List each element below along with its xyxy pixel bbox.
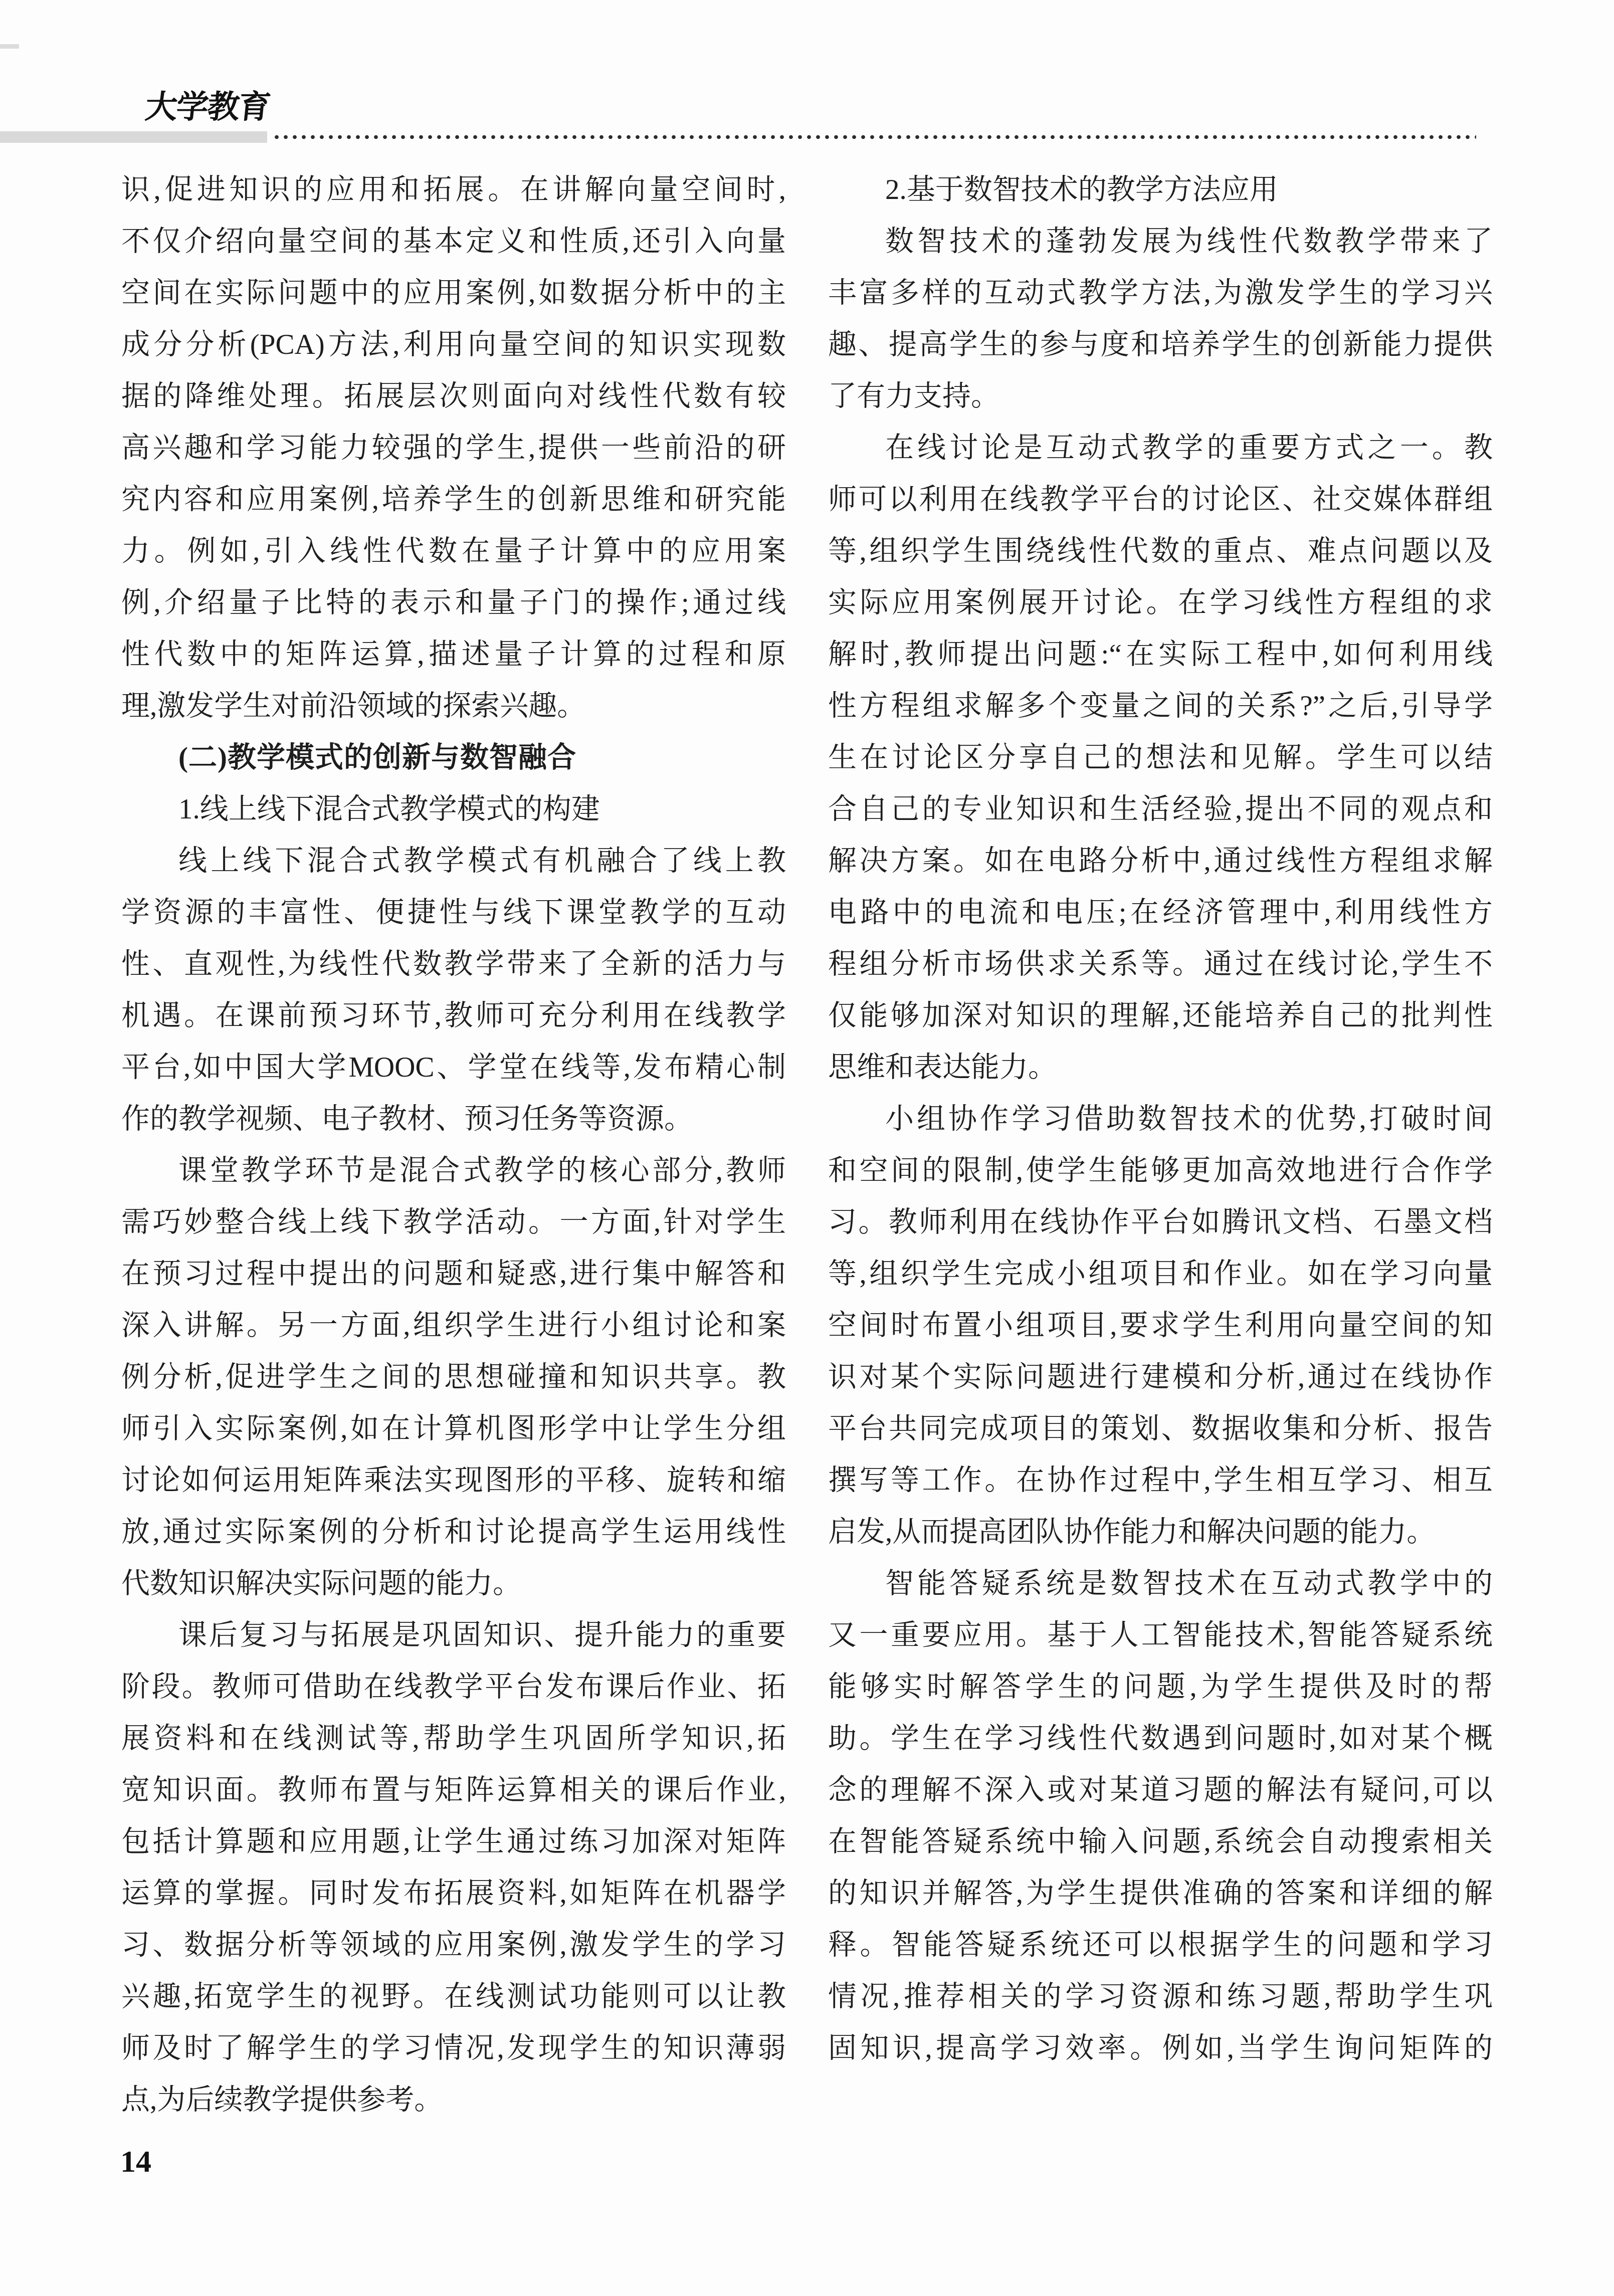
text-line: 识,促进知识的应用和拓展。在讲解向量空间时, <box>121 164 786 216</box>
text-line: 1.线上线下混合式教学模式的构建 <box>121 783 786 835</box>
header-dotted-rule <box>272 131 1476 143</box>
text-line: 在预习过程中提出的问题和疑惑,进行集中解答和 <box>121 1248 786 1300</box>
header-rule-bar <box>0 131 267 143</box>
text-line: 识对某个实际问题进行建模和分析,通过在线协作 <box>828 1351 1493 1403</box>
text-line: 电路中的电流和电压;在经济管理中,利用线性方 <box>828 887 1493 938</box>
text-line: 性代数中的矩阵运算,描述量子计算的过程和原 <box>121 629 786 680</box>
text-line: 平台共同完成项目的策划、数据收集和分析、报告 <box>828 1403 1493 1454</box>
journal-page: 大学教育 识,促进知识的应用和拓展。在讲解向量空间时,不仅介绍向量空间的基本定义… <box>0 0 1614 2296</box>
text-line: 思维和表达能力。 <box>828 1041 1493 1093</box>
text-line: 念的理解不深入或对某道习题的解法有疑问,可以 <box>828 1764 1493 1816</box>
text-line: 力。例如,引入线性代数在量子计算中的应用案 <box>121 525 786 577</box>
text-line: 兴趣,拓宽学生的视野。在线测试功能则可以让教 <box>121 1971 786 2022</box>
text-line: 合自己的专业知识和生活经验,提出不同的观点和 <box>828 783 1493 835</box>
text-line: 丰富多样的互动式教学方法,为激发学生的学习兴 <box>828 267 1493 319</box>
text-line: 解时,教师提出问题:“在实际工程中,如何利用线 <box>828 629 1493 680</box>
text-line: 作的教学视频、电子教材、预习任务等资源。 <box>121 1093 786 1145</box>
text-line: 2.基于数智技术的教学方法应用 <box>828 164 1493 216</box>
text-line: 包括计算题和应用题,让学生通过练习加深对矩阵 <box>121 1816 786 1867</box>
text-line: 例,介绍量子比特的表示和量子门的操作;通过线 <box>121 577 786 629</box>
text-line: 高兴趣和学习能力较强的学生,提供一些前沿的研 <box>121 422 786 474</box>
text-line: 学资源的丰富性、便捷性与线下课堂教学的互动 <box>121 887 786 938</box>
text-line: 点,为后续教学提供参考。 <box>121 2074 786 2126</box>
text-line: 仅能够加深对知识的理解,还能培养自己的批判性 <box>828 990 1493 1041</box>
text-line: 需巧妙整合线上线下教学活动。一方面,针对学生 <box>121 1196 786 1248</box>
text-line: 等,组织学生完成小组项目和作业。如在学习向量 <box>828 1248 1493 1300</box>
text-line: 实际应用案例展开讨论。在学习线性方程组的求 <box>828 577 1493 629</box>
text-line: 空间时布置小组项目,要求学生利用向量空间的知 <box>828 1300 1493 1351</box>
text-column-right: 2.基于数智技术的教学方法应用数智技术的蓬勃发展为线性代数教学带来了丰富多样的互… <box>828 164 1493 2074</box>
text-line: 解决方案。如在电路分析中,通过线性方程组求解 <box>828 835 1493 887</box>
text-line: 又一重要应用。基于人工智能技术,智能答疑系统 <box>828 1609 1493 1661</box>
text-line: 师可以利用在线教学平台的讨论区、社交媒体群组 <box>828 474 1493 525</box>
text-line: 代数知识解决实际问题的能力。 <box>121 1558 786 1609</box>
text-line: 放,通过实际案例的分析和讨论提高学生运用线性 <box>121 1506 786 1558</box>
text-line: 数智技术的蓬勃发展为线性代数教学带来了 <box>828 216 1493 267</box>
text-line: 课堂教学环节是混合式教学的核心部分,教师 <box>121 1145 786 1196</box>
text-line: 释。智能答疑系统还可以根据学生的问题和学习 <box>828 1919 1493 1971</box>
text-line: 讨论如何运用矩阵乘法实现图形的平移、旋转和缩 <box>121 1454 786 1506</box>
text-line: 机遇。在课前预习环节,教师可充分利用在线教学 <box>121 990 786 1041</box>
text-line: 了有力支持。 <box>828 370 1493 422</box>
journal-logo: 大学教育 <box>143 84 272 130</box>
scan-artifact-mark <box>0 44 19 49</box>
text-line: 课后复习与拓展是巩固知识、提升能力的重要 <box>121 1609 786 1661</box>
text-line: 成分分析(PCA)方法,利用向量空间的知识实现数 <box>121 319 786 370</box>
text-line: 固知识,提高学习效率。例如,当学生询问矩阵的 <box>828 2022 1493 2074</box>
text-line: 平台,如中国大学MOOC、学堂在线等,发布精心制 <box>121 1041 786 1093</box>
text-column-left: 识,促进知识的应用和拓展。在讲解向量空间时,不仅介绍向量空间的基本定义和性质,还… <box>121 164 786 2126</box>
text-line: 程组分析市场供求关系等。通过在线讨论,学生不 <box>828 938 1493 990</box>
text-line: 智能答疑系统是数智技术在互动式教学中的 <box>828 1558 1493 1609</box>
text-line: 情况,推荐相关的学习资源和练习题,帮助学生巩 <box>828 1971 1493 2022</box>
text-line: 生在讨论区分享自己的想法和见解。学生可以结 <box>828 732 1493 783</box>
text-line: 深入讲解。另一方面,组织学生进行小组讨论和案 <box>121 1300 786 1351</box>
text-line: 撰写等工作。在协作过程中,学生相互学习、相互 <box>828 1454 1493 1506</box>
text-line: 趣、提高学生的参与度和培养学生的创新能力提供 <box>828 319 1493 370</box>
text-line: 理,激发学生对前沿领域的探索兴趣。 <box>121 680 786 732</box>
text-line: 能够实时解答学生的问题,为学生提供及时的帮 <box>828 1661 1493 1713</box>
text-line: 线上线下混合式教学模式有机融合了线上教 <box>121 835 786 887</box>
text-line: 展资料和在线测试等,帮助学生巩固所学知识,拓 <box>121 1713 786 1764</box>
page-number: 14 <box>120 2146 151 2177</box>
text-line: 在线讨论是互动式教学的重要方式之一。教 <box>828 422 1493 474</box>
text-line: (二)教学模式的创新与数智融合 <box>121 732 786 783</box>
text-line: 究内容和应用案例,培养学生的创新思维和研究能 <box>121 474 786 525</box>
text-line: 阶段。教师可借助在线教学平台发布课后作业、拓 <box>121 1661 786 1713</box>
text-line: 空间在实际问题中的应用案例,如数据分析中的主 <box>121 267 786 319</box>
text-line: 师及时了解学生的学习情况,发现学生的知识薄弱 <box>121 2022 786 2074</box>
text-line: 不仅介绍向量空间的基本定义和性质,还引入向量 <box>121 216 786 267</box>
text-line: 习。教师利用在线协作平台如腾讯文档、石墨文档 <box>828 1196 1493 1248</box>
text-line: 宽知识面。教师布置与矩阵运算相关的课后作业, <box>121 1764 786 1816</box>
text-line: 和空间的限制,使学生能够更加高效地进行合作学 <box>828 1145 1493 1196</box>
text-line: 的知识并解答,为学生提供准确的答案和详细的解 <box>828 1867 1493 1919</box>
text-line: 助。学生在学习线性代数遇到问题时,如对某个概 <box>828 1713 1493 1764</box>
text-line: 小组协作学习借助数智技术的优势,打破时间 <box>828 1093 1493 1145</box>
text-line: 据的降维处理。拓展层次则面向对线性代数有较 <box>121 370 786 422</box>
text-line: 等,组织学生围绕线性代数的重点、难点问题以及 <box>828 525 1493 577</box>
text-line: 例分析,促进学生之间的思想碰撞和知识共享。教 <box>121 1351 786 1403</box>
text-line: 性方程组求解多个变量之间的关系?”之后,引导学 <box>828 680 1493 732</box>
text-line: 在智能答疑系统中输入问题,系统会自动搜索相关 <box>828 1816 1493 1867</box>
text-line: 运算的掌握。同时发布拓展资料,如矩阵在机器学 <box>121 1867 786 1919</box>
text-line: 师引入实际案例,如在计算机图形学中让学生分组 <box>121 1403 786 1454</box>
text-line: 启发,从而提高团队协作能力和解决问题的能力。 <box>828 1506 1493 1558</box>
text-line: 习、数据分析等领域的应用案例,激发学生的学习 <box>121 1919 786 1971</box>
text-line: 性、直观性,为线性代数教学带来了全新的活力与 <box>121 938 786 990</box>
